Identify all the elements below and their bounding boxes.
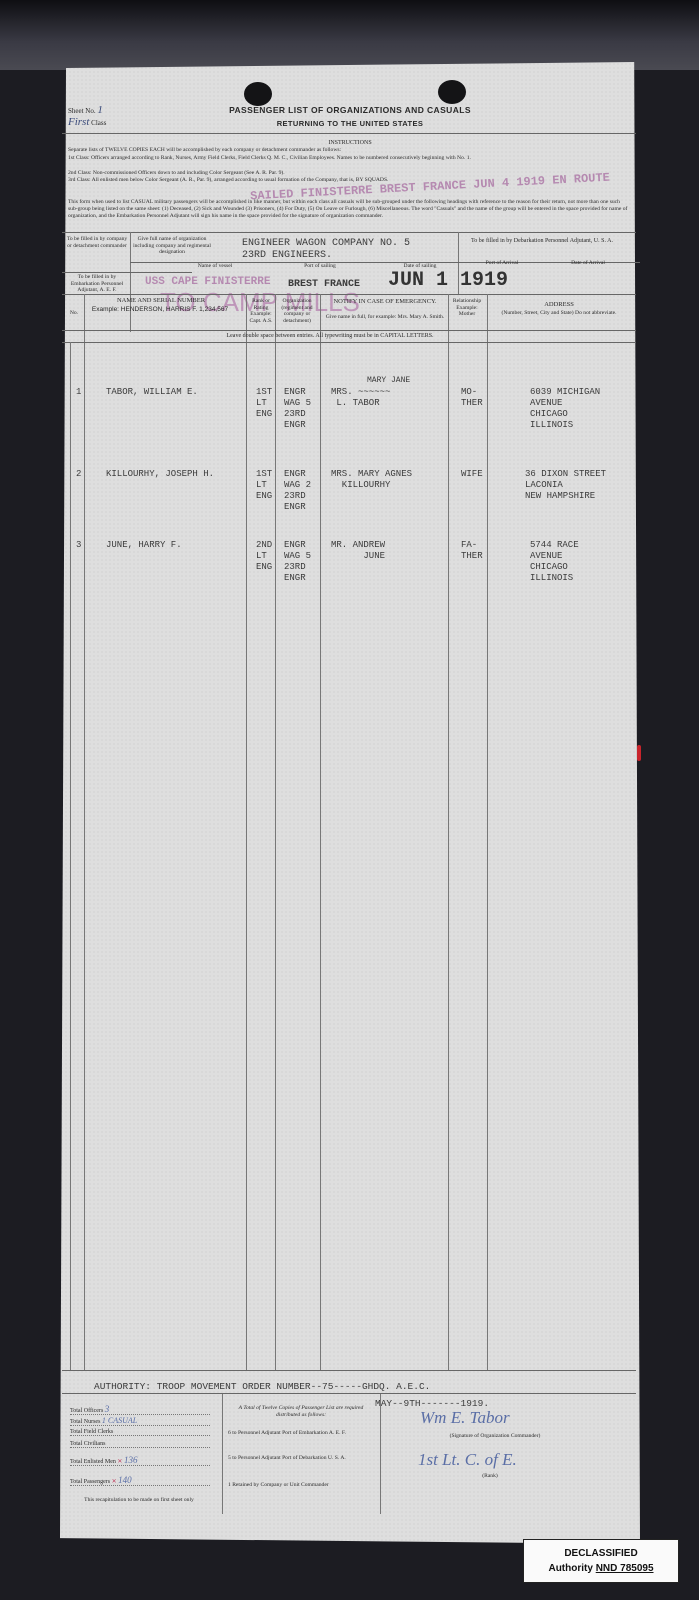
- date-arrival-label: Date of Arrival: [548, 260, 628, 267]
- commander-rank: 1st Lt. C. of E.: [418, 1450, 517, 1470]
- port-arrival-label: Port of Arrival: [462, 260, 542, 267]
- row-name: TABOR, WILLIAM E.: [106, 387, 198, 398]
- company-fill-label: To be filled in by company or detachment…: [66, 236, 128, 249]
- instructions-intro: Separate lists of TWELVE COPIES EACH wil…: [68, 147, 628, 154]
- distribution-embarkation: 6 to Personnel Adjutant Port of Embarkat…: [228, 1430, 376, 1437]
- divider: [320, 294, 321, 1370]
- col-organization: Organization (regiment and company or de…: [277, 298, 317, 324]
- divider: [246, 294, 247, 1370]
- sheet-no-value: 1: [97, 104, 103, 116]
- divider: [380, 1394, 381, 1514]
- divider: [62, 1393, 636, 1394]
- punch-hole: [244, 82, 272, 106]
- divider: [62, 232, 636, 233]
- typing-note: Leave double space between entries. All …: [120, 333, 540, 340]
- commander-signature: Wm E. Tabor: [420, 1408, 510, 1428]
- distribution-heading: A Total of Twelve Copies of Passenger Li…: [226, 1405, 376, 1418]
- divider: [130, 232, 131, 332]
- authority-line: AUTHORITY: TROOP MOVEMENT ORDER NUMBER--…: [94, 1381, 430, 1392]
- rank-label: (Rank): [470, 1473, 510, 1480]
- divider: [84, 294, 85, 1370]
- signature-label: (Signature of Organization Commander): [420, 1433, 570, 1440]
- instructions-class1: 1st Class: Officers arranged according t…: [68, 155, 628, 162]
- recap-note: This recapitulation to be made on first …: [68, 1497, 210, 1504]
- col-relationship: Relationship Example: Mother: [450, 298, 484, 318]
- sheet-number: Sheet No. 1 First Class: [68, 104, 106, 128]
- debarkation-fill-label: To be filled in by Debarkation Personnel…: [462, 238, 622, 245]
- row-no: 2: [76, 469, 81, 480]
- port-sailing-label: Port of sailing: [280, 263, 360, 270]
- divider: [62, 1370, 636, 1371]
- row-rank: 1ST LT ENG: [256, 469, 272, 502]
- total-civilians: Total Civilians: [70, 1441, 210, 1448]
- col-address: ADDRESS: [490, 302, 628, 309]
- row-no: 1: [76, 387, 81, 398]
- row-name: KILLOURHY, JOSEPH H.: [106, 469, 214, 480]
- row-relationship: WIFE: [461, 469, 483, 480]
- punch-hole: [438, 80, 466, 104]
- row-rank: 1ST LT ENG: [256, 387, 272, 420]
- col-notify-example: Give name in full, for example: Mrs. Mar…: [325, 314, 445, 321]
- document-title: PASSENGER LIST OF ORGANIZATIONS AND CASU…: [200, 105, 500, 115]
- total-officers: Total Officers 3: [70, 1404, 210, 1415]
- row-address: 36 DIXON STREET LACONIA NEW HAMPSHIRE: [525, 469, 606, 502]
- scanner-background: [0, 0, 699, 70]
- row-rank: 2ND LT ENG: [256, 540, 272, 573]
- divider: [62, 294, 636, 295]
- class-value: First: [68, 116, 89, 128]
- vessel-label: Name of vessel: [180, 263, 250, 270]
- row-notify: MRS. MARY AGNES KILLOURHY: [331, 469, 412, 491]
- total-enlisted-men: Total Enlisted Men ✕ 136: [70, 1455, 210, 1466]
- instructions-casuals: This form when used to list CASUAL milit…: [68, 199, 628, 220]
- distribution-retained: 1 Retained by Company or Unit Commander: [228, 1482, 376, 1489]
- row-notify-insert: MARY JANE: [367, 375, 410, 386]
- total-field-clerks: Total Field Clerks: [70, 1429, 210, 1436]
- divider: [62, 272, 192, 273]
- col-notify: NOTIFY IN CASE OF EMERGENCY.: [325, 299, 445, 306]
- row-relationship: FA- THER: [461, 540, 483, 562]
- divider: [62, 342, 636, 343]
- row-relationship: MO- THER: [461, 387, 483, 409]
- row-notify: MR. ANDREW JUNE: [331, 540, 385, 562]
- row-organization: ENGR WAG 5 23RD ENGR: [284, 387, 311, 431]
- distribution-debarkation: 5 to Personnel Adjutant Port of Debarkat…: [228, 1455, 376, 1462]
- red-ink-mark: [637, 745, 641, 761]
- divider: [448, 294, 449, 1370]
- declassified-authority: Authority NND 785095: [524, 1561, 678, 1576]
- document-subtitle: RETURNING TO THE UNITED STATES: [200, 119, 500, 128]
- embarkation-fill-label: To be filled in by Embarkation Personnel…: [66, 274, 128, 294]
- divider: [62, 330, 636, 331]
- total-nurses: Total Nurses 1 CASUAL: [70, 1416, 210, 1426]
- divider: [275, 294, 276, 1370]
- row-organization: ENGR WAG 2 23RD ENGR: [284, 469, 311, 513]
- date-sailing-value: JUN 1 1919: [388, 270, 508, 292]
- organization-regiment: 23RD ENGINEERS.: [242, 250, 332, 261]
- declassified-title: DECLASSIFIED: [524, 1546, 678, 1561]
- col-name-example: Example: HENDERSON, HARRIS F. 1,234,567: [90, 306, 230, 314]
- col-no: No.: [66, 310, 82, 317]
- class-label: Class: [91, 119, 106, 127]
- row-address: 6039 MICHIGAN AVENUE CHICAGO ILLINOIS: [530, 387, 600, 431]
- divider: [487, 294, 488, 1370]
- row-organization: ENGR WAG 5 23RD ENGR: [284, 540, 311, 584]
- col-address-example: (Number, Street, City and State) Do not …: [490, 310, 628, 317]
- declassified-stamp: DECLASSIFIED Authority NND 785095: [523, 1539, 679, 1583]
- row-name: JUNE, HARRY F.: [106, 540, 182, 551]
- divider: [62, 133, 636, 134]
- total-passengers: Total Passengers ✕ 140: [70, 1475, 210, 1486]
- organization-name: ENGINEER WAGON COMPANY NO. 5: [242, 238, 410, 249]
- divider: [222, 1394, 223, 1514]
- sheet-label: Sheet No.: [68, 107, 96, 115]
- instructions-heading: INSTRUCTIONS: [60, 140, 640, 146]
- row-no: 3: [76, 540, 81, 551]
- col-rank: Rank or Rating Example: Capt. A.S.: [248, 298, 274, 324]
- divider: [70, 342, 71, 1370]
- row-address: 5744 RACE AVENUE CHICAGO ILLINOIS: [530, 540, 579, 584]
- org-prompt: Give full name of organization including…: [132, 236, 212, 256]
- col-name: NAME AND SERIAL NUMBER: [86, 298, 236, 305]
- row-notify: MRS. ~~~~~~ L. TABOR: [331, 387, 390, 409]
